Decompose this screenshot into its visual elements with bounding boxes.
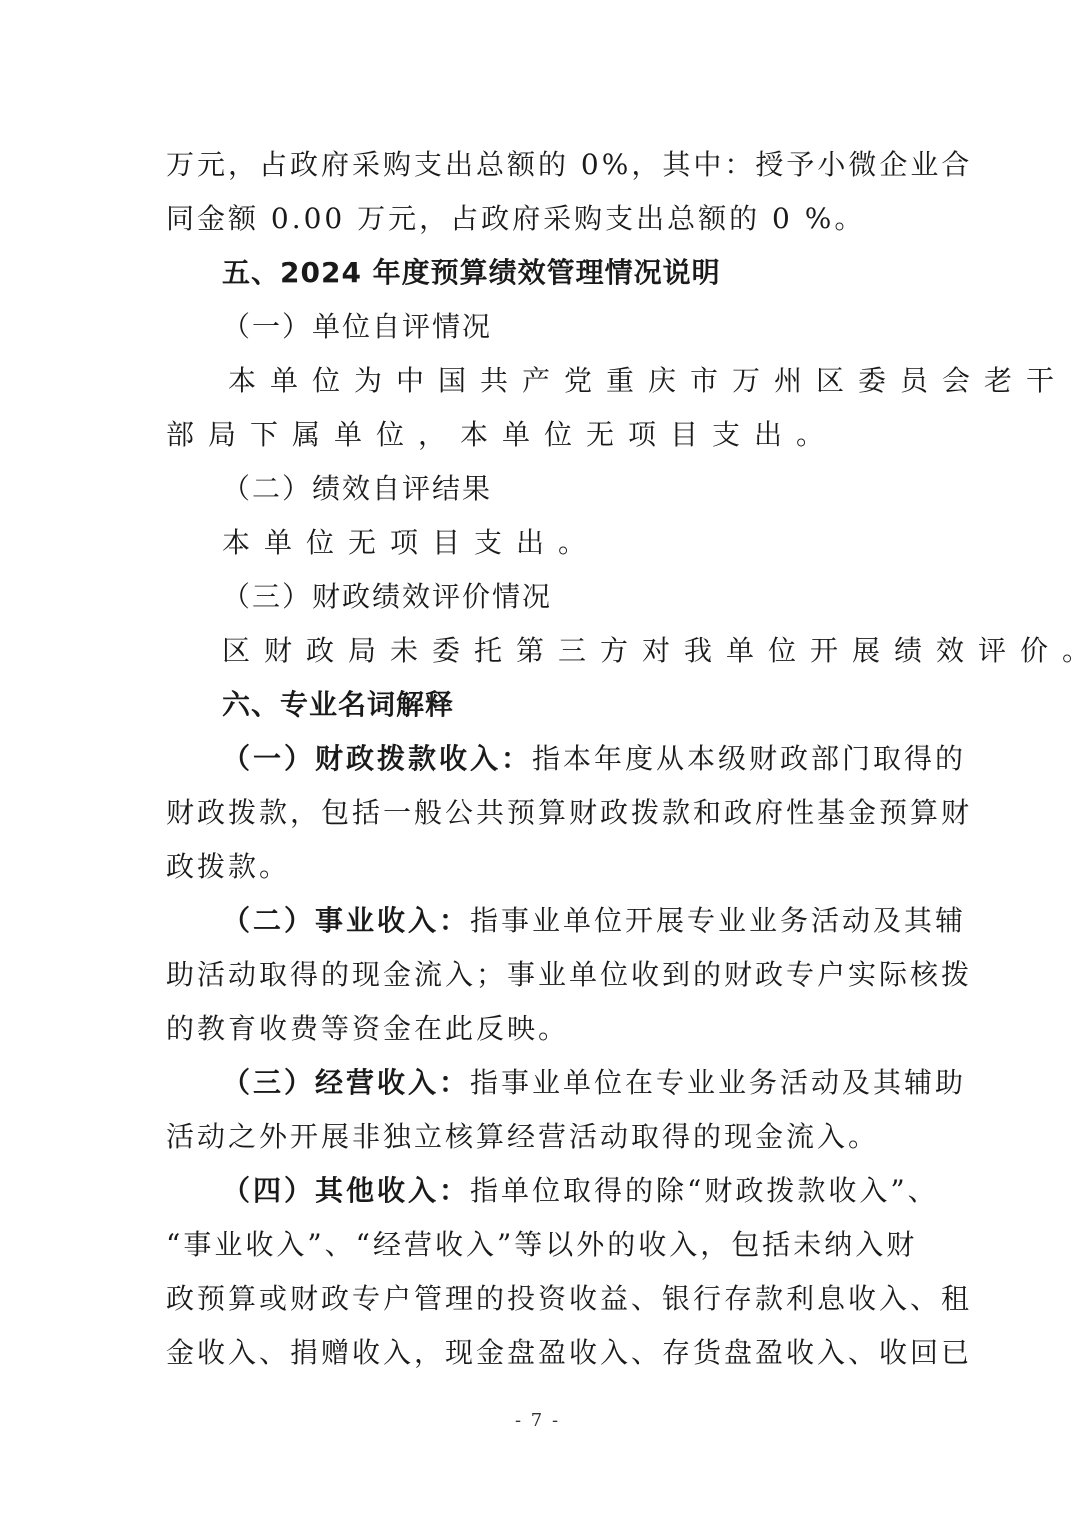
paragraph-line: 同金额 0.00 万元，占政府采购支出总额的 0 %。 <box>166 201 916 237</box>
term-label: （二）事业收入： <box>222 904 470 937</box>
term-label: （一）财政拨款收入： <box>222 742 532 775</box>
paragraph-line: 财政拨款，包括一般公共预算财政拨款和政府性基金预算财 <box>166 795 916 831</box>
subsection-title: （三）财政绩效评价情况 <box>222 579 916 615</box>
term-label: （四）其他收入： <box>222 1174 470 1207</box>
paragraph-line: 政拨款。 <box>166 849 916 885</box>
paragraph-line: 政预算或财政专户管理的投资收益、银行存款利息收入、租 <box>166 1281 916 1317</box>
term-label: （三）经营收入： <box>222 1066 470 1099</box>
paragraph-line: 部局下属单位，本单位无项目支出。 <box>166 417 916 453</box>
paragraph-line: 的教育收费等资金在此反映。 <box>166 1011 916 1047</box>
term-definition-line: （四）其他收入：指单位取得的除“财政拨款收入”、 <box>222 1173 916 1209</box>
paragraph-line: 助活动取得的现金流入；事业单位收到的财政专户实际核拨 <box>166 957 916 993</box>
page-number: - 7 - <box>0 1410 1075 1431</box>
term-definition-line: （二）事业收入：指事业单位开展专业业务活动及其辅 <box>222 903 916 939</box>
section-heading-5: 五、2024 年度预算绩效管理情况说明 <box>222 255 916 291</box>
paragraph-line: 区财政局未委托第三方对我单位开展绩效评价。 <box>222 633 922 669</box>
term-definition-line: （三）经营收入：指事业单位在专业业务活动及其辅助 <box>222 1065 916 1101</box>
subsection-title: （二）绩效自评结果 <box>222 471 916 507</box>
paragraph-line: 活动之外开展非独立核算经营活动取得的现金流入。 <box>166 1119 916 1155</box>
paragraph-line: 本单位无项目支出。 <box>222 525 916 561</box>
paragraph-line: “事业收入”、“经营收入”等以外的收入，包括未纳入财 <box>166 1227 916 1263</box>
subsection-title: （一）单位自评情况 <box>222 309 916 345</box>
paragraph-line: 本单位为中国共产党重庆市万州区委员会老干 <box>228 363 916 399</box>
paragraph-line: 万元，占政府采购支出总额的 0%，其中：授予小微企业合 <box>166 147 916 183</box>
section-heading-6: 六、专业名词解释 <box>222 687 916 723</box>
term-definition-line: （一）财政拨款收入：指本年度从本级财政部门取得的 <box>222 741 916 777</box>
paragraph-line: 金收入、捐赠收入，现金盘盈收入、存货盘盈收入、收回已 <box>166 1335 916 1371</box>
document-page: 万元，占政府采购支出总额的 0%，其中：授予小微企业合 同金额 0.00 万元，… <box>0 0 1075 1520</box>
